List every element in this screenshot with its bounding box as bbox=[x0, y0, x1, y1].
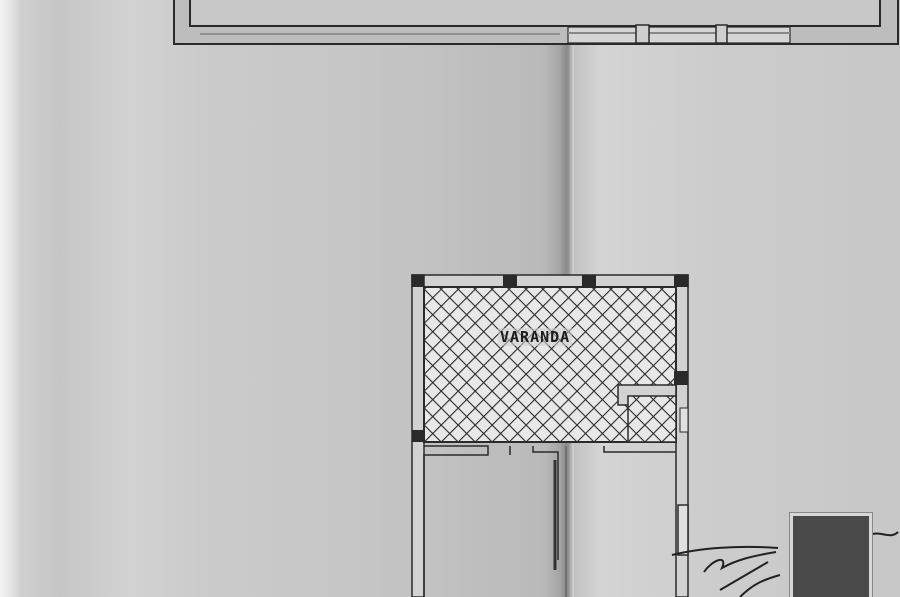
lower-rooms bbox=[424, 446, 688, 597]
varanda-walls bbox=[412, 275, 688, 597]
room-label-varanda: VARANDA bbox=[498, 328, 572, 346]
tax-stamp bbox=[790, 513, 872, 597]
floor-plan bbox=[0, 0, 900, 597]
upper-wall bbox=[174, 0, 898, 44]
